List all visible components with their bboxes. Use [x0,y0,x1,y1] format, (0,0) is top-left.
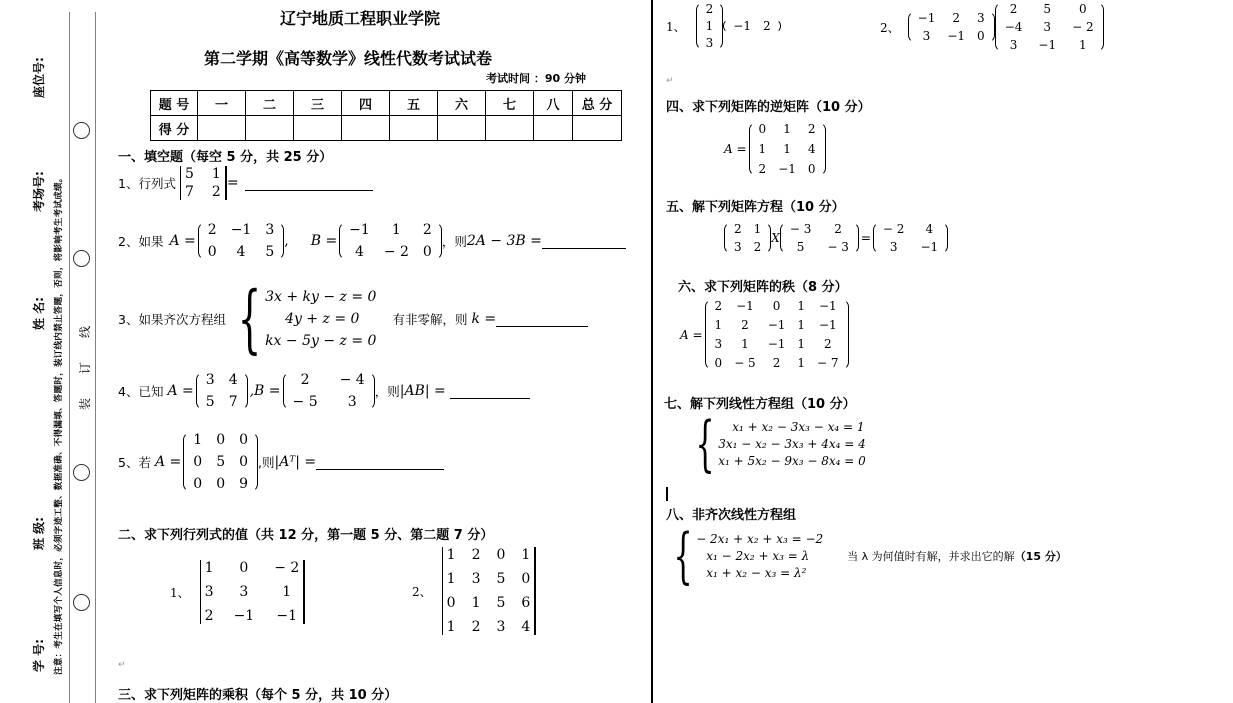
s1-q2: 2、 如果 A = 2−13 045 , B = −112 4− 20 ，则 2… [118,222,626,260]
section3-title: 三、求下列矩阵的乘积（每个 5 分，共 10 分） [118,684,397,703]
answer-blank [245,176,373,191]
left-brace-icon: { [674,526,693,586]
binding-hole-4 [73,594,90,611]
matrix-left: 21 32 [724,222,771,254]
paragraph-mark: ↵ [118,660,126,670]
notice-text: 注意：考生在填写个人信息时，必须字迹工整、数据准确、不得漏填、答题时，装订线内禁… [52,173,64,675]
matrix-right: − 32 5− 3 [780,222,859,254]
answer-blank [542,234,626,249]
matrix-A: 2−13 045 [198,222,284,260]
exam-room-label: 考场号: [30,171,47,212]
col-3: 三 [294,91,342,116]
s1-q5: 5、 若 A = 100 050 009 ,则 |Aᵀ| = [118,432,444,492]
binding-hole-3 [73,464,90,481]
s1-q4: 4、 已知 A = 34 57 ,B = 2− 4 − 53 ，则 |AB| = [118,372,530,410]
score-cell-4 [342,116,390,141]
score-cell-2 [246,116,294,141]
page-separator [651,0,653,703]
s1-q3: 3、 如果齐次方程组 { 3x + ky − z = 0 4y + z = 0 … [118,282,588,356]
s2-q1: 1、 10− 2 331 2−1−1 [170,560,305,624]
s7-system: { x₁ + x₂ − 3x₃ − x₄ = 1 3x₁ − x₂ − 3x₃ … [686,414,866,474]
column-vector: 2 1 3 [696,2,724,50]
col-8: 八 [534,91,573,116]
binding-hole-2 [73,250,90,267]
row-label: 题 号 [151,91,198,116]
score-table: 题 号 一 二 三 四 五 六 七 八 总 分 得 分 [150,90,622,141]
equation-system: { − 2x₁ + x₂ + x₃ = −2 x₁ − 2x₂ + x₃ = λ… [664,526,823,586]
left-brace-icon: { [696,414,715,474]
q-num: 1、 [118,174,138,192]
score-cell-5 [390,116,438,141]
section1-title: 一、填空题（每空 5 分，共 25 分） [118,146,332,165]
score-cell-6 [438,116,486,141]
matrix-result: − 24 3−1 [873,222,948,254]
score-cell-8 [534,116,573,141]
section6-title: 六、求下列矩阵的秩（8 分） [678,276,848,295]
binding-hole-1 [73,122,90,139]
determinant: 10− 2 331 2−1−1 [200,560,306,624]
s8-system: { − 2x₁ + x₂ + x₃ = −2 x₁ − 2x₂ + x₃ = λ… [664,526,1067,586]
class-label: 班 级: [30,517,47,550]
q-text: 行列式 [138,174,176,192]
binding-line-right [95,12,96,703]
s5-equation: 21 32 X − 32 5− 3 = − 24 3−1 [724,222,948,254]
name-label: 姓 名: [30,297,47,330]
col-1: 一 [198,91,246,116]
school-title: 辽宁地质工程职业学院 [280,6,440,29]
section4-title: 四、求下列矩阵的逆矩阵（10 分） [666,96,871,115]
seat-number-label: 座位号: [30,57,47,98]
s3-q1: 1、 2 1 3 −12 [666,2,781,50]
col-4: 四 [342,91,390,116]
matrix-A: 2−101−1 12−11−1 31−112 0− 521− 7 [705,299,849,370]
matrix-A: 100 050 009 [183,432,258,492]
score-cell-1 [198,116,246,141]
equation-system: { x₁ + x₂ − 3x₃ − x₄ = 1 3x₁ − x₂ − 3x₃ … [686,414,866,474]
matrix-B: −112 4− 20 [339,222,442,260]
section5-title: 五、解下列矩阵方程（10 分） [666,196,845,215]
binding-line-text: 装订线 [76,302,93,410]
col-total: 总 分 [573,91,622,116]
student-id-label: 学 号: [30,639,47,672]
col-5: 五 [390,91,438,116]
matrix-B: 2− 4 − 53 [283,372,375,410]
determinant: 1201 1350 0156 1234 [442,547,537,635]
matrix-left: −123 3−10 [908,11,995,43]
s6-matrix: A = 2−101−1 12−11−1 31−112 0− 521− 7 [680,299,849,370]
s4-matrix: A = 012 114 2−10 [724,122,826,176]
text-cursor [666,487,668,501]
s1-q1: 1、 行列式 51 72 = [118,166,373,200]
score-table-score-row: 得 分 [151,116,622,141]
col-6: 六 [438,91,486,116]
exam-time: 考试时间 ：90 分钟 [486,70,586,86]
answer-blank [450,384,530,399]
determinant: 51 72 [180,166,227,200]
matrix-right: 250 −43− 2 3−11 [995,2,1104,52]
s2-q2: 2、 1201 1350 0156 1234 [412,547,536,635]
binding-line-left [69,12,70,703]
s3-q2: 2、 −123 3−10 250 −43− 2 3−11 [880,2,1104,52]
answer-blank [316,455,444,470]
section2-title: 二、求下列行列式的值（共 12 分，第一题 5 分、第二题 7 分） [118,524,493,543]
matrix-A: 34 57 [196,372,248,410]
exam-title: 第二学期《高等数学》线性代数考试试卷 [204,46,492,69]
col-7: 七 [486,91,534,116]
equation-system: { 3x + ky − z = 0 4y + z = 0 kx − 5y − z… [226,282,376,356]
section7-title: 七、解下列线性方程组（10 分） [664,393,856,412]
paragraph-mark: ↵ [666,76,674,86]
row-label: 得 分 [151,116,198,141]
row-vector: −12 [723,19,780,33]
score-cell-total [573,116,622,141]
matrix-A: 012 114 2−10 [749,122,826,176]
score-cell-7 [486,116,534,141]
score-table-header-row: 题 号 一 二 三 四 五 六 七 八 总 分 [151,91,622,116]
col-2: 二 [246,91,294,116]
answer-blank [496,312,588,327]
left-brace-icon: { [238,282,262,356]
score-cell-3 [294,116,342,141]
